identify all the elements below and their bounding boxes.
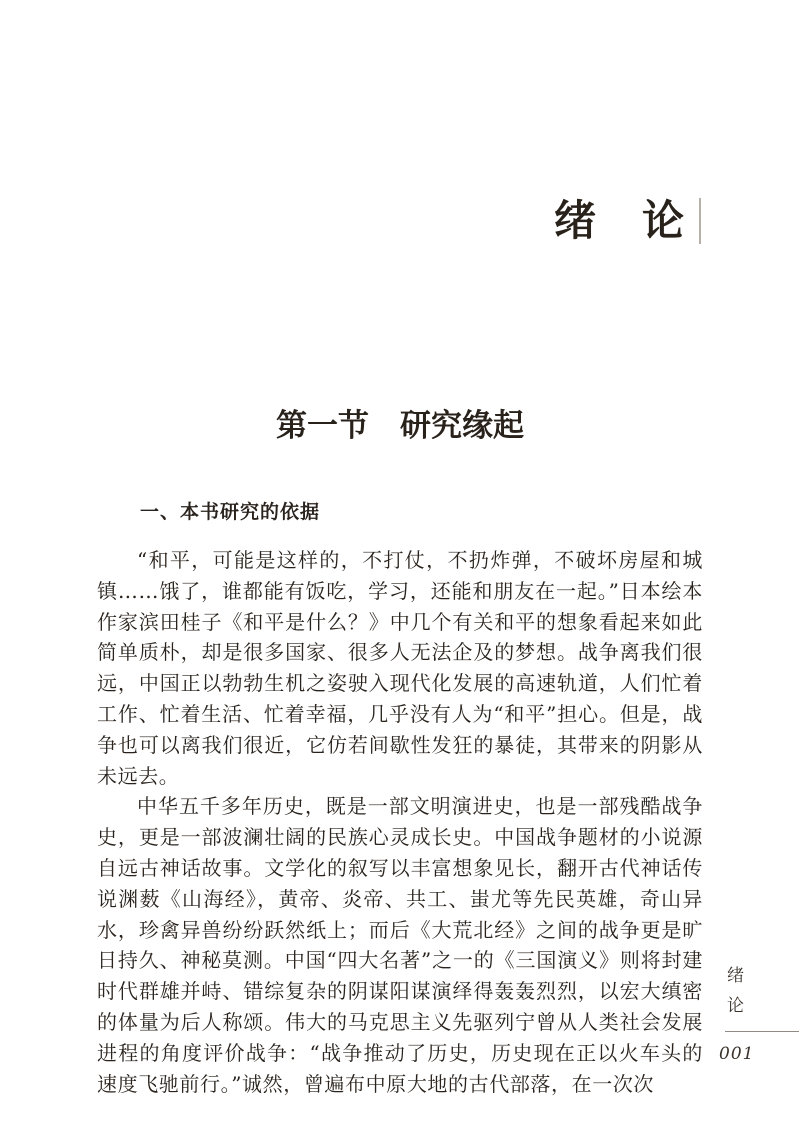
book-page: 绪 论 第一节 研究缘起 一、本书研究的依据 “和平，可能是这样的，不打仗，不扔… bbox=[0, 0, 799, 1129]
paragraph-2: 中华五千多年历史，既是一部文明演进史，也是一部残酷战争史，更是一部波澜壮阔的民族… bbox=[97, 791, 703, 1099]
paragraph-1: “和平，可能是这样的，不打仗，不扔炸弹，不破坏房屋和城镇……饿了，谁都能有饭吃，… bbox=[97, 545, 703, 791]
footer-rule bbox=[725, 1031, 799, 1032]
chapter-title-block: 绪 论 bbox=[554, 198, 701, 244]
page-number: 001 bbox=[719, 1044, 754, 1064]
footer-margin-label: 绪论 bbox=[721, 966, 746, 1026]
body-text: “和平，可能是这样的，不打仗，不扔炸弹，不破坏房屋和城镇……饿了，谁都能有饭吃，… bbox=[97, 545, 703, 1099]
subsection-title: 一、本书研究的依据 bbox=[140, 497, 320, 524]
section-title: 第一节 研究缘起 bbox=[97, 400, 703, 445]
chapter-title-divider bbox=[699, 198, 701, 244]
chapter-title: 绪 论 bbox=[554, 198, 686, 244]
